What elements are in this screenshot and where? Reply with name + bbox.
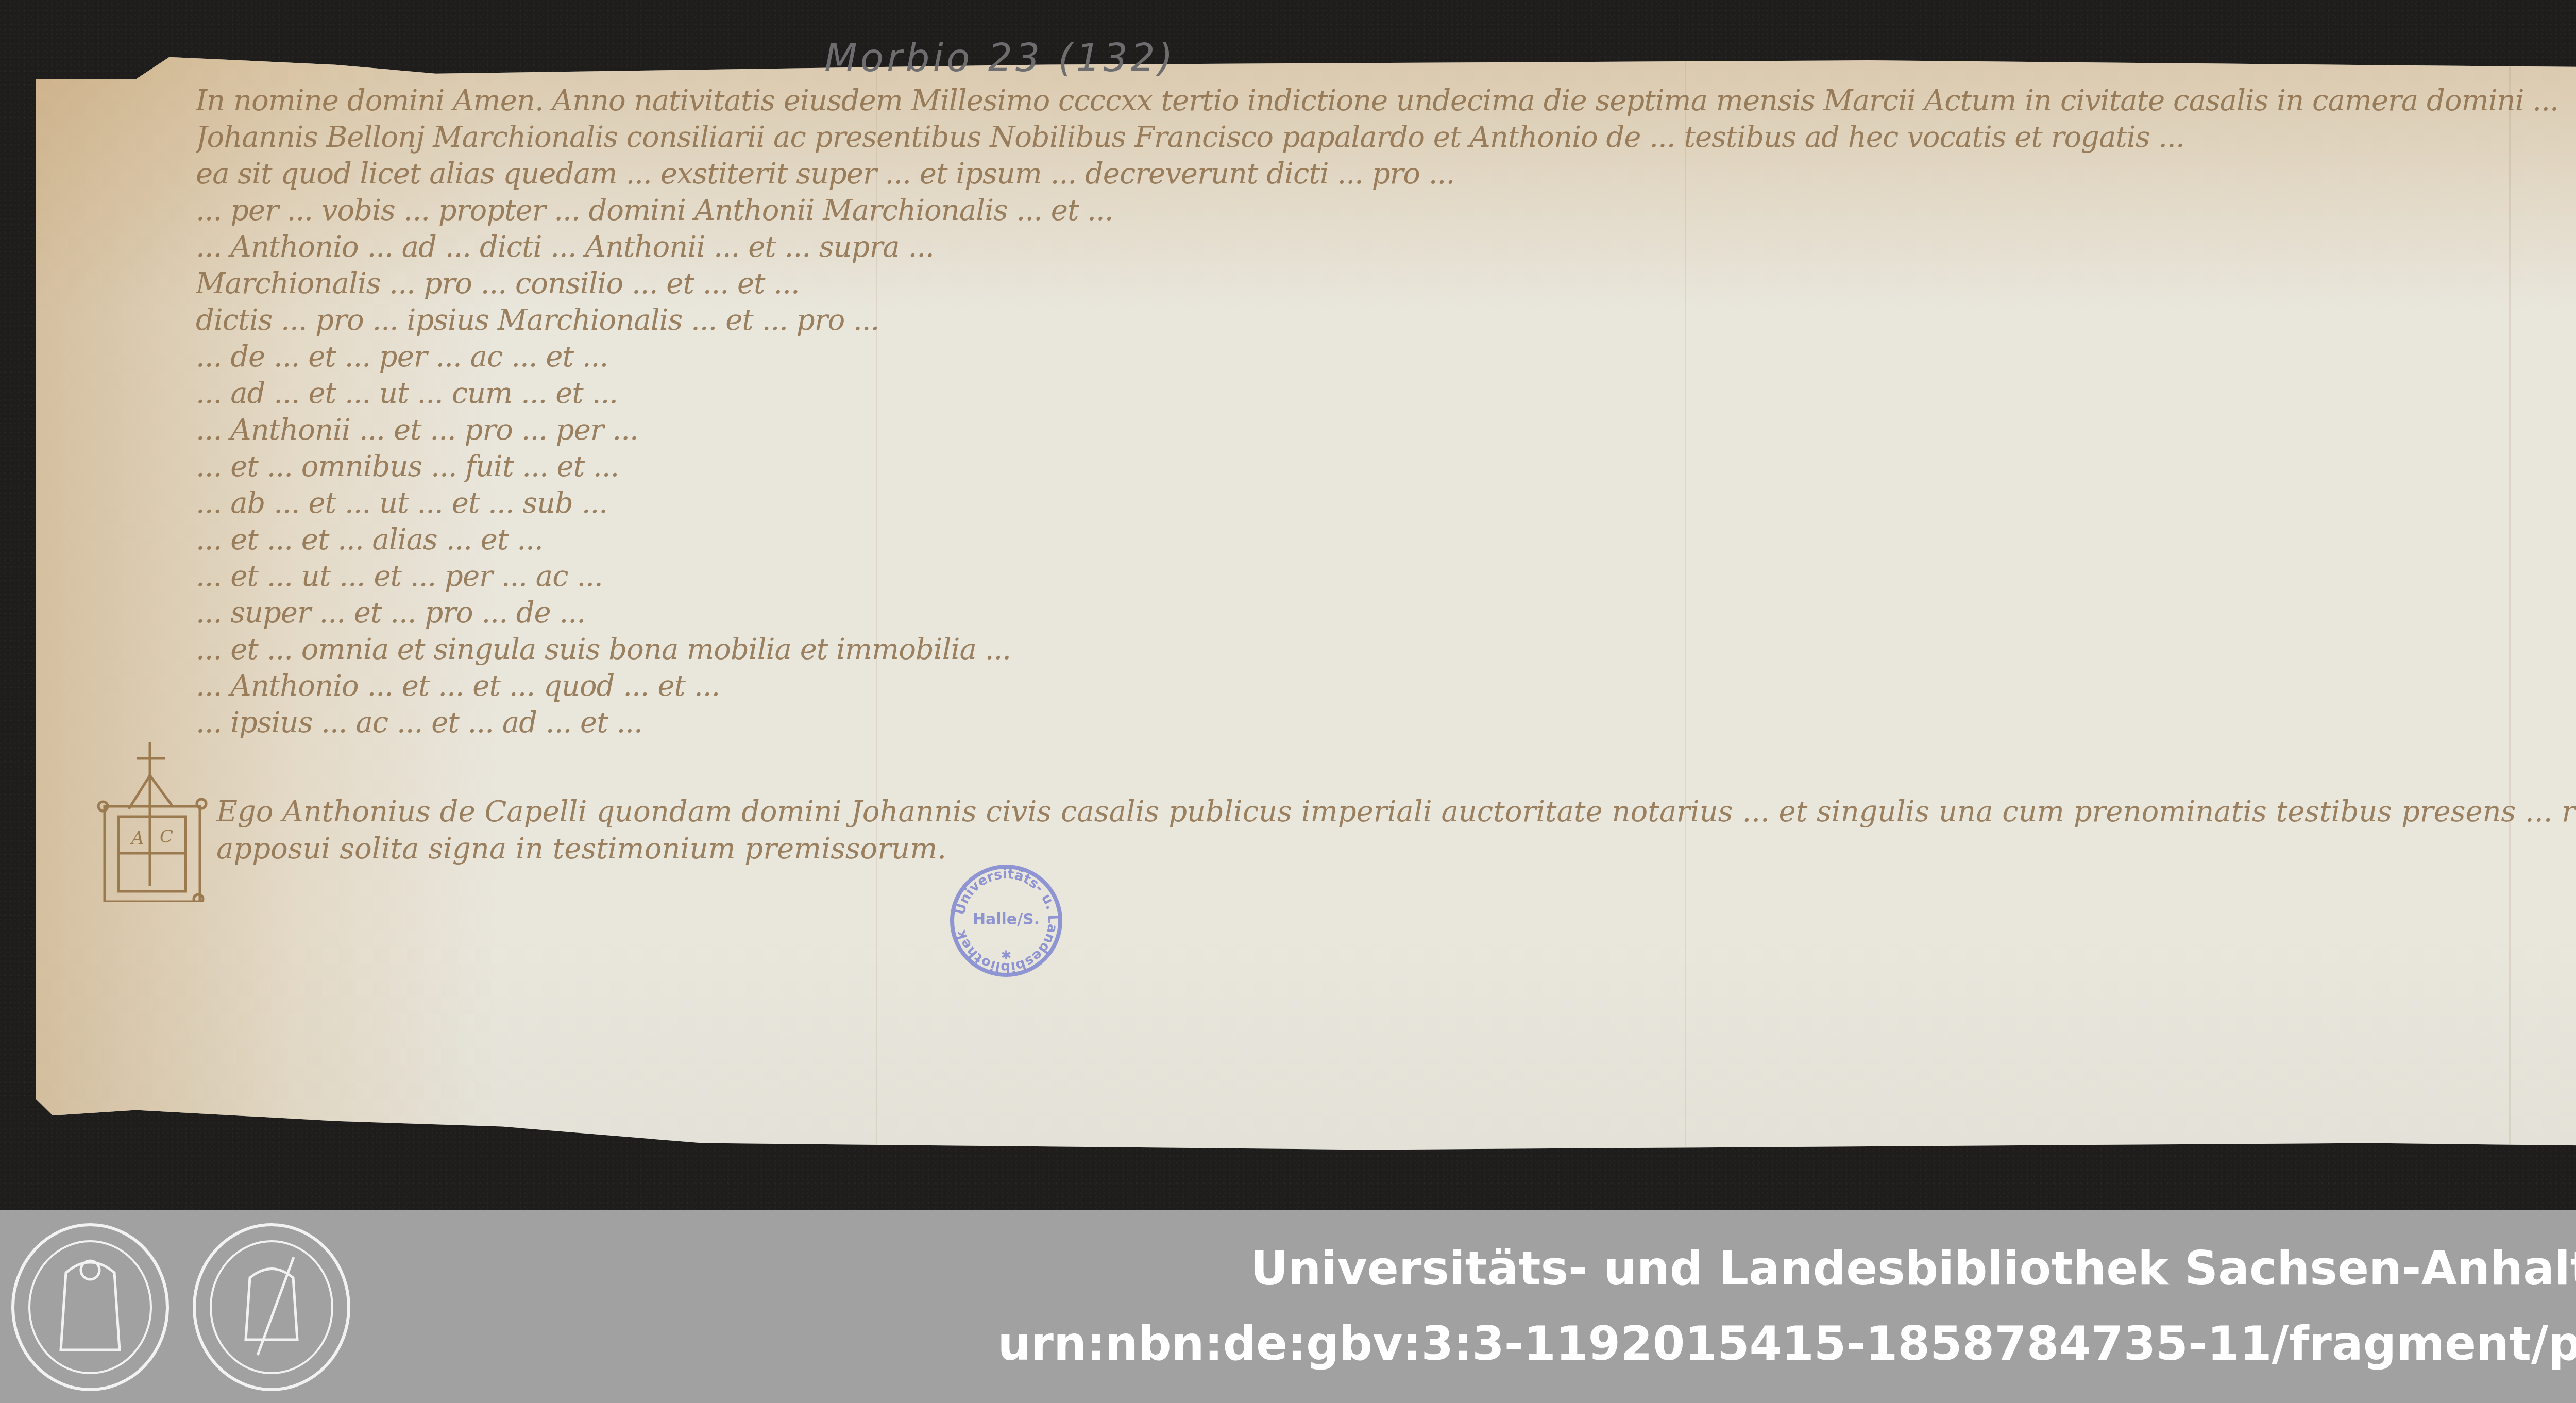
notary-subscription: Ego Anthonius de Capelli quondam domini … (216, 793, 2277, 868)
charter-line: ... et ... omnia et singula suis bona mo… (196, 631, 2576, 668)
charter-line: ... ad ... et ... ut ... cum ... et ... (196, 375, 2576, 412)
charter-line: ... Anthonio ... ad ... dicti ... Anthon… (196, 229, 2576, 265)
charter-line: ... de ... et ... per ... ac ... et ... (196, 339, 2576, 375)
charter-line: Johannis Bellonj Marchionalis consiliari… (196, 119, 2576, 156)
charter-line: ... et ... ut ... et ... per ... ac ... (196, 558, 2576, 595)
svg-text:A: A (130, 828, 144, 849)
charter-line: Marchionalis ... pro ... consilio ... et… (196, 265, 2576, 302)
library-stamp-icon: Universitäts- u. Landesbibliothek Halle/… (947, 861, 1065, 980)
charter-line: ... Anthonio ... et ... et ... quod ... … (196, 668, 2576, 704)
svg-text:C: C (160, 826, 173, 847)
charter-line: In nomine domini Amen. Anno nativitatis … (196, 82, 2576, 119)
charter-line: ... ab ... et ... ut ... et ... sub ... (196, 485, 2576, 521)
charter-line: dictis ... pro ... ipsius Marchionalis .… (196, 302, 2576, 339)
charter-line: ... per ... vobis ... propter ... domini… (196, 192, 2576, 229)
charter-line: ... super ... et ... pro ... de ... (196, 595, 2576, 631)
notary-signum-icon: A C (95, 732, 219, 902)
subscription-line: apposui solita signa in testimonium prem… (216, 831, 2277, 868)
svg-text:Halle/S.: Halle/S. (973, 910, 1040, 928)
subscription-line: Ego Anthonius de Capelli quondam domini … (216, 793, 2277, 831)
charter-line: ea sit quod licet alias quedam ... exsti… (196, 156, 2576, 192)
charter-line: ... ipsius ... ac ... et ... ad ... et .… (196, 704, 2576, 741)
urn-identifier[interactable]: urn:nbn:de:gbv:3:3-1192015415-1858784735… (0, 1317, 2576, 1371)
charter-line: ... et ... et ... alias ... et ... (196, 521, 2576, 558)
svg-text:✱: ✱ (1001, 949, 1011, 962)
charter-line: ... et ... omnibus ... fuit ... et ... (196, 448, 2576, 485)
institution-name: Universitäts- und Landesbibliothek Sachs… (0, 1242, 2576, 1296)
charter-text: In nomine domini Amen. Anno nativitatis … (196, 82, 2576, 741)
charter-line: ... Anthonii ... et ... pro ... per ... (196, 412, 2576, 448)
footer-bar: Universitäts- und Landesbibliothek Sachs… (0, 1210, 2576, 1403)
archive-shelfmark: Morbio 23 (132) (824, 36, 1176, 80)
